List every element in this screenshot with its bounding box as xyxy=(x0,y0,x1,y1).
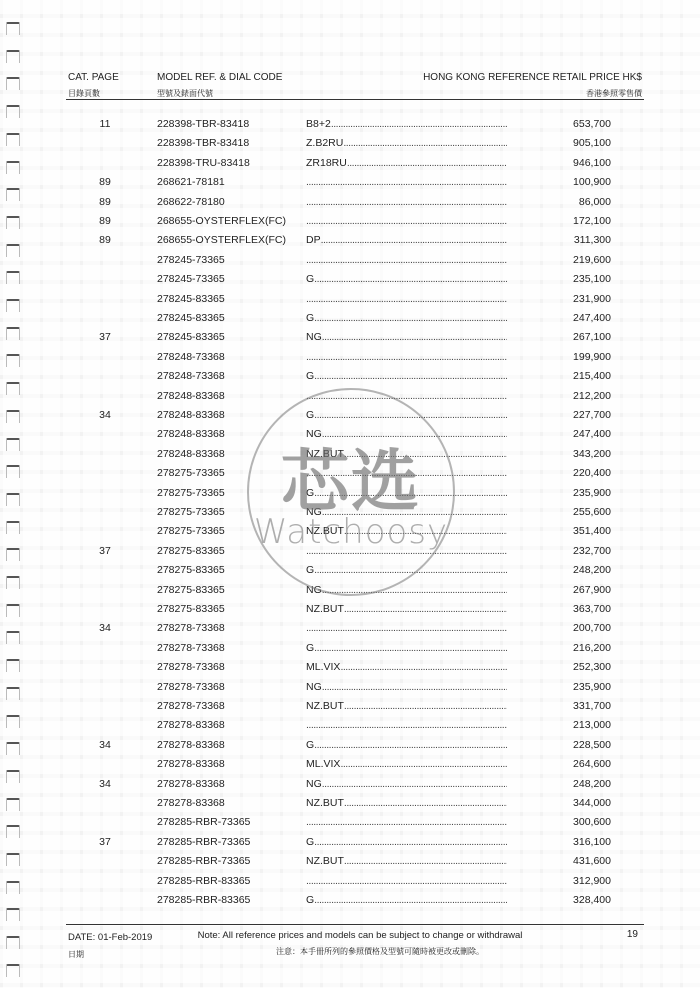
dial-code-text: NG xyxy=(306,506,322,518)
model-ref: 228398-TRU-83418 xyxy=(157,157,250,169)
leader-dots: ........................................… xyxy=(322,506,507,518)
dial-code: NG......................................… xyxy=(306,681,507,693)
leader-dots: ........................................… xyxy=(306,176,507,188)
cat-page: 34 xyxy=(90,622,120,634)
retail-price: 247,400 xyxy=(573,312,611,324)
leader-dots: ........................................… xyxy=(322,584,507,596)
leader-dots: ........................................… xyxy=(344,797,507,809)
model-ref: 278285-RBR-73365 xyxy=(157,855,250,867)
dial-code: ........................................… xyxy=(306,622,507,634)
model-ref: 228398-TBR-83418 xyxy=(157,137,249,149)
retail-price: 215,400 xyxy=(573,370,611,382)
dial-code-text: ML.VIX xyxy=(306,758,340,770)
table-row: 37278285-RBR-73365G.....................… xyxy=(0,836,700,855)
retail-price: 219,600 xyxy=(573,254,611,266)
retail-price: 312,900 xyxy=(573,875,611,887)
dial-code-text: NG xyxy=(306,681,322,693)
dial-code: G.......................................… xyxy=(306,409,507,421)
leader-dots: ........................................… xyxy=(306,875,507,887)
retail-price: 216,200 xyxy=(573,642,611,654)
table-row: 89268655-OYSTERFLEX(FC)DP...............… xyxy=(0,234,700,253)
leader-dots: ........................................… xyxy=(306,467,507,479)
dial-code: G.......................................… xyxy=(306,836,507,848)
table-row: 11228398-TBR-83418B8+2..................… xyxy=(0,118,700,137)
leader-dots: ........................................… xyxy=(306,816,507,828)
table-row: 278285-RBR-73365........................… xyxy=(0,816,700,835)
cat-page: 37 xyxy=(90,331,120,343)
header-model-ref-zh: 型號及錶面代號 xyxy=(157,88,213,99)
footer-divider xyxy=(66,924,644,925)
model-ref: 278275-83365 xyxy=(157,603,225,615)
dial-code: ML.VIX..................................… xyxy=(306,758,507,770)
leader-dots: ........................................… xyxy=(314,409,507,421)
header-price-zh: 香港參照零售價 xyxy=(586,88,642,99)
table-row: 278275-73365G...........................… xyxy=(0,487,700,506)
table-row: 278248-83368NG..........................… xyxy=(0,428,700,447)
table-row: 34278278-83368G.........................… xyxy=(0,739,700,758)
dial-code: G.......................................… xyxy=(306,564,507,576)
table-row: 278275-73365NZ.BUT......................… xyxy=(0,525,700,544)
cat-page: 34 xyxy=(90,778,120,790)
model-ref: 278278-73368 xyxy=(157,681,225,693)
leader-dots: ........................................… xyxy=(344,855,507,867)
retail-price: 316,100 xyxy=(573,836,611,848)
dial-code-text: G xyxy=(306,894,314,906)
table-row: 278248-73368............................… xyxy=(0,351,700,370)
leader-dots: ........................................… xyxy=(322,681,507,693)
dial-code-text: NZ.BUT xyxy=(306,448,344,460)
dial-code: NG......................................… xyxy=(306,778,507,790)
table-row: 278245-73365............................… xyxy=(0,254,700,273)
model-ref: 268622-78180 xyxy=(157,196,225,208)
table-row: 278245-83365G...........................… xyxy=(0,312,700,331)
table-row: 278275-73365............................… xyxy=(0,467,700,486)
retail-price: 331,700 xyxy=(573,700,611,712)
leader-dots: ........................................… xyxy=(306,719,507,731)
retail-price: 351,400 xyxy=(573,525,611,537)
retail-price: 235,900 xyxy=(573,681,611,693)
table-row: 37278245-83365NG........................… xyxy=(0,331,700,350)
table-row: 278285-RBR-73365NZ.BUT..................… xyxy=(0,855,700,874)
leader-dots: ........................................… xyxy=(322,428,507,440)
leader-dots: ........................................… xyxy=(306,215,507,227)
dial-code-text: G xyxy=(306,836,314,848)
retail-price: 213,000 xyxy=(573,719,611,731)
retail-price: 247,400 xyxy=(573,428,611,440)
table-row: 278275-73365NG..........................… xyxy=(0,506,700,525)
leader-dots: ........................................… xyxy=(314,487,507,499)
dial-code: ........................................… xyxy=(306,467,507,479)
table-row: 89268655-OYSTERFLEX(FC).................… xyxy=(0,215,700,234)
dial-code: NG......................................… xyxy=(306,506,507,518)
model-ref: 268655-OYSTERFLEX(FC) xyxy=(157,215,286,227)
dial-code: G.......................................… xyxy=(306,312,507,324)
header-divider xyxy=(66,99,644,100)
dial-code: G.......................................… xyxy=(306,370,507,382)
dial-code-text: NG xyxy=(306,584,322,596)
dial-code: NG......................................… xyxy=(306,428,507,440)
leader-dots: ........................................… xyxy=(306,545,507,557)
dial-code-text: DP xyxy=(306,234,321,246)
dial-code: ........................................… xyxy=(306,351,507,363)
leader-dots: ........................................… xyxy=(322,331,507,343)
dial-code: NZ.BUT..................................… xyxy=(306,700,507,712)
dial-code-text: G xyxy=(306,642,314,654)
dial-code-text: G xyxy=(306,409,314,421)
dial-code: NZ.BUT..................................… xyxy=(306,797,507,809)
table-row: 34278248-83368G.........................… xyxy=(0,409,700,428)
dial-code: G.......................................… xyxy=(306,273,507,285)
model-ref: 268655-OYSTERFLEX(FC) xyxy=(157,234,286,246)
leader-dots: ........................................… xyxy=(306,293,507,305)
model-ref: 278245-83365 xyxy=(157,293,225,305)
dial-code-text: Z.B2RU xyxy=(306,137,343,149)
dial-code-text: B8+2 xyxy=(306,118,331,130)
model-ref: 278285-RBR-83365 xyxy=(157,875,250,887)
dial-code: NG......................................… xyxy=(306,331,507,343)
binder-hole xyxy=(6,50,20,63)
model-ref: 278278-83368 xyxy=(157,739,225,751)
dial-code: ........................................… xyxy=(306,293,507,305)
model-ref: 278248-83368 xyxy=(157,390,225,402)
table-row: 278248-73368G...........................… xyxy=(0,370,700,389)
retail-price: 228,500 xyxy=(573,739,611,751)
leader-dots: ........................................… xyxy=(344,448,507,460)
model-ref: 278278-73368 xyxy=(157,661,225,673)
cat-page: 34 xyxy=(90,739,120,751)
dial-code: ML.VIX..................................… xyxy=(306,661,507,673)
retail-price: 344,000 xyxy=(573,797,611,809)
table-row: 278278-73368NZ.BUT......................… xyxy=(0,700,700,719)
table-row: 278285-RBR-83365........................… xyxy=(0,875,700,894)
retail-price: 86,000 xyxy=(579,196,611,208)
leader-dots: ........................................… xyxy=(322,778,507,790)
dial-code-text: G xyxy=(306,312,314,324)
table-row: 278285-RBR-83365G.......................… xyxy=(0,894,700,913)
header-model-ref: MODEL REF. & DIAL CODE xyxy=(157,72,282,83)
model-ref: 278245-83365 xyxy=(157,331,225,343)
model-ref: 278278-73368 xyxy=(157,642,225,654)
model-ref: 278245-73365 xyxy=(157,254,225,266)
dial-code: B8+2....................................… xyxy=(306,118,507,130)
cat-page: 89 xyxy=(90,176,120,188)
model-ref: 278278-83368 xyxy=(157,719,225,731)
retail-price: 172,100 xyxy=(573,215,611,227)
model-ref: 278278-83368 xyxy=(157,758,225,770)
retail-price: 235,900 xyxy=(573,487,611,499)
dial-code: G.......................................… xyxy=(306,894,507,906)
model-ref: 278275-83365 xyxy=(157,545,225,557)
footer-note: Note: All reference prices and models ca… xyxy=(0,930,700,941)
table-row: 37278275-83365..........................… xyxy=(0,545,700,564)
table-row: 89268622-78180..........................… xyxy=(0,196,700,215)
retail-price: 905,100 xyxy=(573,137,611,149)
model-ref: 278245-83365 xyxy=(157,312,225,324)
dial-code: ........................................… xyxy=(306,196,507,208)
leader-dots: ........................................… xyxy=(314,370,507,382)
header-price: HONG KONG REFERENCE RETAIL PRICE HK$ xyxy=(423,72,642,83)
table-row: 278245-73365G...........................… xyxy=(0,273,700,292)
dial-code-text: G xyxy=(306,739,314,751)
table-row: 228398-TBR-83418Z.B2RU..................… xyxy=(0,137,700,156)
model-ref: 278248-83368 xyxy=(157,428,225,440)
leader-dots: ........................................… xyxy=(306,351,507,363)
retail-price: 235,100 xyxy=(573,273,611,285)
dial-code-text: G xyxy=(306,273,314,285)
model-ref: 278275-83365 xyxy=(157,584,225,596)
cat-page: 37 xyxy=(90,545,120,557)
retail-price: 343,200 xyxy=(573,448,611,460)
retail-price: 653,700 xyxy=(573,118,611,130)
dial-code-text: NZ.BUT xyxy=(306,525,344,537)
retail-price: 431,600 xyxy=(573,855,611,867)
retail-price: 255,600 xyxy=(573,506,611,518)
retail-price: 199,900 xyxy=(573,351,611,363)
model-ref: 278245-73365 xyxy=(157,273,225,285)
cat-page: 11 xyxy=(90,118,120,130)
binder-hole xyxy=(6,77,20,90)
dial-code: NZ.BUT..................................… xyxy=(306,525,507,537)
retail-price: 212,200 xyxy=(573,390,611,402)
model-ref: 278248-73368 xyxy=(157,370,225,382)
leader-dots: ........................................… xyxy=(344,603,507,615)
leader-dots: ........................................… xyxy=(314,564,507,576)
table-row: 278275-83365NG..........................… xyxy=(0,584,700,603)
model-ref: 278278-73368 xyxy=(157,622,225,634)
table-row: 278278-83368NZ.BUT......................… xyxy=(0,797,700,816)
dial-code-text: NZ.BUT xyxy=(306,700,344,712)
model-ref: 278248-83368 xyxy=(157,448,225,460)
leader-dots: ........................................… xyxy=(344,700,507,712)
table-row: 89268621-78181..........................… xyxy=(0,176,700,195)
header-cat-page: CAT. PAGE xyxy=(68,72,119,83)
retail-price: 267,900 xyxy=(573,584,611,596)
retail-price: 328,400 xyxy=(573,894,611,906)
retail-price: 300,600 xyxy=(573,816,611,828)
leader-dots: ........................................… xyxy=(344,525,507,537)
model-ref: 228398-TBR-83418 xyxy=(157,118,249,130)
table-row: 278278-83368ML.VIX......................… xyxy=(0,758,700,777)
dial-code: NG......................................… xyxy=(306,584,507,596)
leader-dots: ........................................… xyxy=(347,157,507,169)
cat-page: 89 xyxy=(90,234,120,246)
model-ref: 278275-73365 xyxy=(157,467,225,479)
dial-code-text: NG xyxy=(306,428,322,440)
retail-price: 252,300 xyxy=(573,661,611,673)
retail-price: 248,200 xyxy=(573,778,611,790)
leader-dots: ........................................… xyxy=(314,739,507,751)
header-cat-page-zh: 目錄頁數 xyxy=(68,88,100,99)
binder-hole xyxy=(6,22,20,35)
retail-price: 232,700 xyxy=(573,545,611,557)
table-row: 278248-83368............................… xyxy=(0,390,700,409)
dial-code-text: G xyxy=(306,487,314,499)
model-ref: 278275-83365 xyxy=(157,564,225,576)
leader-dots: ........................................… xyxy=(314,312,507,324)
dial-code: ........................................… xyxy=(306,254,507,266)
dial-code-text: NZ.BUT xyxy=(306,603,344,615)
table-row: 278278-73368NG..........................… xyxy=(0,681,700,700)
table-row: 278245-83365............................… xyxy=(0,293,700,312)
model-ref: 278278-83368 xyxy=(157,797,225,809)
leader-dots: ........................................… xyxy=(306,254,507,266)
dial-code: ........................................… xyxy=(306,816,507,828)
table-row: 278278-83368............................… xyxy=(0,719,700,738)
dial-code-text: NG xyxy=(306,331,322,343)
model-ref: 278275-73365 xyxy=(157,506,225,518)
dial-code-text: G xyxy=(306,370,314,382)
retail-price: 227,700 xyxy=(573,409,611,421)
footer-note-zh: 注意：本手冊所列的參照價格及型號可隨時被更改或刪除。 xyxy=(0,946,700,957)
dial-code: NZ.BUT..................................… xyxy=(306,855,507,867)
retail-price: 311,300 xyxy=(574,234,611,246)
leader-dots: ........................................… xyxy=(306,622,507,634)
table-row: 278278-73368G...........................… xyxy=(0,642,700,661)
retail-price: 100,900 xyxy=(573,176,611,188)
retail-price: 363,700 xyxy=(573,603,611,615)
retail-price: 264,600 xyxy=(573,758,611,770)
leader-dots: ........................................… xyxy=(314,894,507,906)
model-ref: 278248-73368 xyxy=(157,351,225,363)
dial-code-text: ML.VIX xyxy=(306,661,340,673)
table-row: 278275-83365NZ.BUT......................… xyxy=(0,603,700,622)
dial-code-text: G xyxy=(306,564,314,576)
table-row: 34278278-73368..........................… xyxy=(0,622,700,641)
table-row: 278278-73368ML.VIX......................… xyxy=(0,661,700,680)
dial-code: ........................................… xyxy=(306,875,507,887)
leader-dots: ........................................… xyxy=(340,661,507,673)
dial-code: Z.B2RU..................................… xyxy=(306,137,507,149)
leader-dots: ........................................… xyxy=(306,390,507,402)
retail-price: 200,700 xyxy=(573,622,611,634)
table-row: 278248-83368NZ.BUT......................… xyxy=(0,448,700,467)
dial-code: ........................................… xyxy=(306,215,507,227)
leader-dots: ........................................… xyxy=(314,836,507,848)
binder-hole xyxy=(6,964,20,977)
model-ref: 268621-78181 xyxy=(157,176,225,188)
table-row: 34278278-83368NG........................… xyxy=(0,778,700,797)
leader-dots: ........................................… xyxy=(331,118,507,130)
retail-price: 946,100 xyxy=(573,157,611,169)
retail-price: 220,400 xyxy=(573,467,611,479)
model-ref: 278285-RBR-73365 xyxy=(157,816,250,828)
retail-price: 231,900 xyxy=(573,293,611,305)
model-ref: 278285-RBR-83365 xyxy=(157,894,250,906)
dial-code: ........................................… xyxy=(306,390,507,402)
dial-code-text: NZ.BUT xyxy=(306,855,344,867)
dial-code: DP......................................… xyxy=(306,234,507,246)
dial-code: ........................................… xyxy=(306,719,507,731)
model-ref: 278278-73368 xyxy=(157,700,225,712)
page-number: 19 xyxy=(627,929,638,940)
dial-code: G.......................................… xyxy=(306,739,507,751)
leader-dots: ........................................… xyxy=(343,137,507,149)
leader-dots: ........................................… xyxy=(314,642,507,654)
dial-code: G.......................................… xyxy=(306,487,507,499)
dial-code-text: ZR18RU xyxy=(306,157,347,169)
dial-code: G.......................................… xyxy=(306,642,507,654)
table-row: 278275-83365G...........................… xyxy=(0,564,700,583)
cat-page: 34 xyxy=(90,409,120,421)
binder-hole xyxy=(6,105,20,118)
leader-dots: ........................................… xyxy=(340,758,507,770)
model-ref: 278278-83368 xyxy=(157,778,225,790)
leader-dots: ........................................… xyxy=(321,234,507,246)
dial-code: ........................................… xyxy=(306,545,507,557)
dial-code: NZ.BUT..................................… xyxy=(306,603,507,615)
dial-code: NZ.BUT..................................… xyxy=(306,448,507,460)
cat-page: 89 xyxy=(90,196,120,208)
leader-dots: ........................................… xyxy=(306,196,507,208)
dial-code-text: NZ.BUT xyxy=(306,797,344,809)
dial-code-text: NG xyxy=(306,778,322,790)
cat-page: 37 xyxy=(90,836,120,848)
retail-price: 267,100 xyxy=(573,331,611,343)
model-ref: 278275-73365 xyxy=(157,487,225,499)
cat-page: 89 xyxy=(90,215,120,227)
leader-dots: ........................................… xyxy=(314,273,507,285)
dial-code: ........................................… xyxy=(306,176,507,188)
retail-price: 248,200 xyxy=(573,564,611,576)
model-ref: 278248-83368 xyxy=(157,409,225,421)
dial-code: ZR18RU..................................… xyxy=(306,157,507,169)
table-row: 228398-TRU-83418ZR18RU..................… xyxy=(0,157,700,176)
model-ref: 278275-73365 xyxy=(157,525,225,537)
model-ref: 278285-RBR-73365 xyxy=(157,836,250,848)
